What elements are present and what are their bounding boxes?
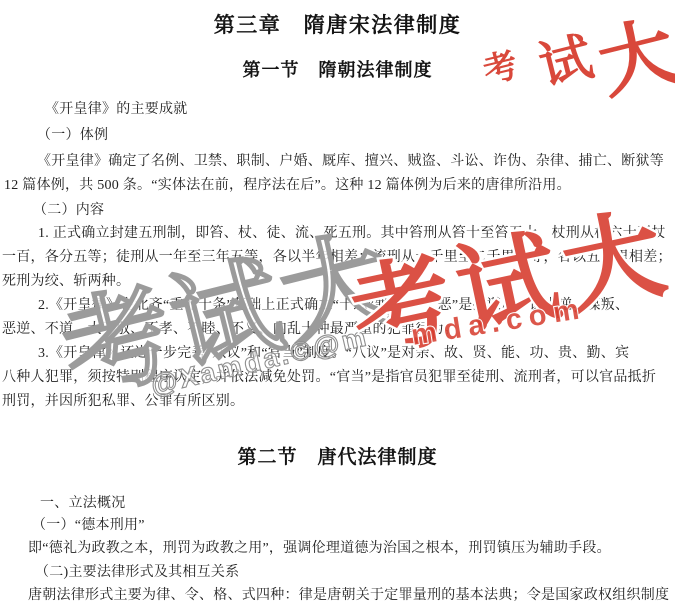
body-line: （二）内容 bbox=[33, 204, 104, 218]
body-line: 八种人犯罪，须按特别程序认定，并依法减免处罚。“官当”是指官员犯罪至徒刑、流刑者… bbox=[2, 371, 656, 385]
body-line: 死刑为绞、斩两种。 bbox=[2, 275, 130, 289]
body-line: 《开皇律》确定了名例、卫禁、职制、户婚、厩库、擅兴、贼盗、斗讼、诈伪、杂律、捕亡… bbox=[37, 155, 664, 169]
body-line: 《开皇律》的主要成就 bbox=[45, 103, 188, 117]
body-line: 1. 正式确立封建五刑制，即笞、杖、徒、流、死五刑。其中笞刑从笞十至笞五十，杖刑… bbox=[38, 227, 666, 241]
section-heading-tang: 第二节 唐代法律制度 bbox=[0, 442, 675, 469]
chapter-heading: 第三章 隋唐宋法律制度 bbox=[0, 9, 675, 39]
body-line: （一）“德本刑用” bbox=[32, 519, 145, 533]
body-line: 一、立法概况 bbox=[40, 497, 126, 511]
body-line: 12 篇体例，共 500 条。“实体法在前，程序法在后”。这种 12 篇体例为后… bbox=[4, 179, 571, 193]
body-line: （二)主要法律形式及其相互关系 bbox=[35, 566, 239, 580]
body-line: 3.《开皇律》还进一步完善“八议”和“官当”制度。“八议”是对亲、故、贤、能、功… bbox=[38, 347, 629, 361]
document-page: 第三章 隋唐宋法律制度 第一节 隋朝法律制度 第二节 唐代法律制度 《开皇律》的… bbox=[0, 0, 675, 608]
body-line: 即“德礼为政教之本，刑罚为政教之用”，强调伦理道德为治国之根本，刑罚镇压为辅助手… bbox=[28, 542, 611, 556]
body-line: 唐朝法律形式主要为律、令、格、式四种：律是唐朝关于定罪量刑的基本法典；令是国家政… bbox=[28, 589, 669, 603]
body-line: 刑罚，并因所犯私罪、公罪有所区别。 bbox=[2, 395, 244, 409]
body-line: 一百，各分五等；徒刑从一年至三年五等，各以半年相差；流刑从一千里至二千里三等，各… bbox=[2, 251, 672, 265]
section-heading-sui: 第一节 隋朝法律制度 bbox=[0, 56, 675, 82]
body-line: （一）体例 bbox=[37, 129, 108, 143]
body-line: 恶逆、不道、大不敬、不孝、不睦、不义、内乱十种最严重的犯罪行为。 bbox=[2, 323, 458, 337]
body-line: 2.《开皇律》在北齐“重罪十条”基础上正式确立“十恶”罪名。“十恶”是指谋反、谋… bbox=[38, 299, 629, 313]
